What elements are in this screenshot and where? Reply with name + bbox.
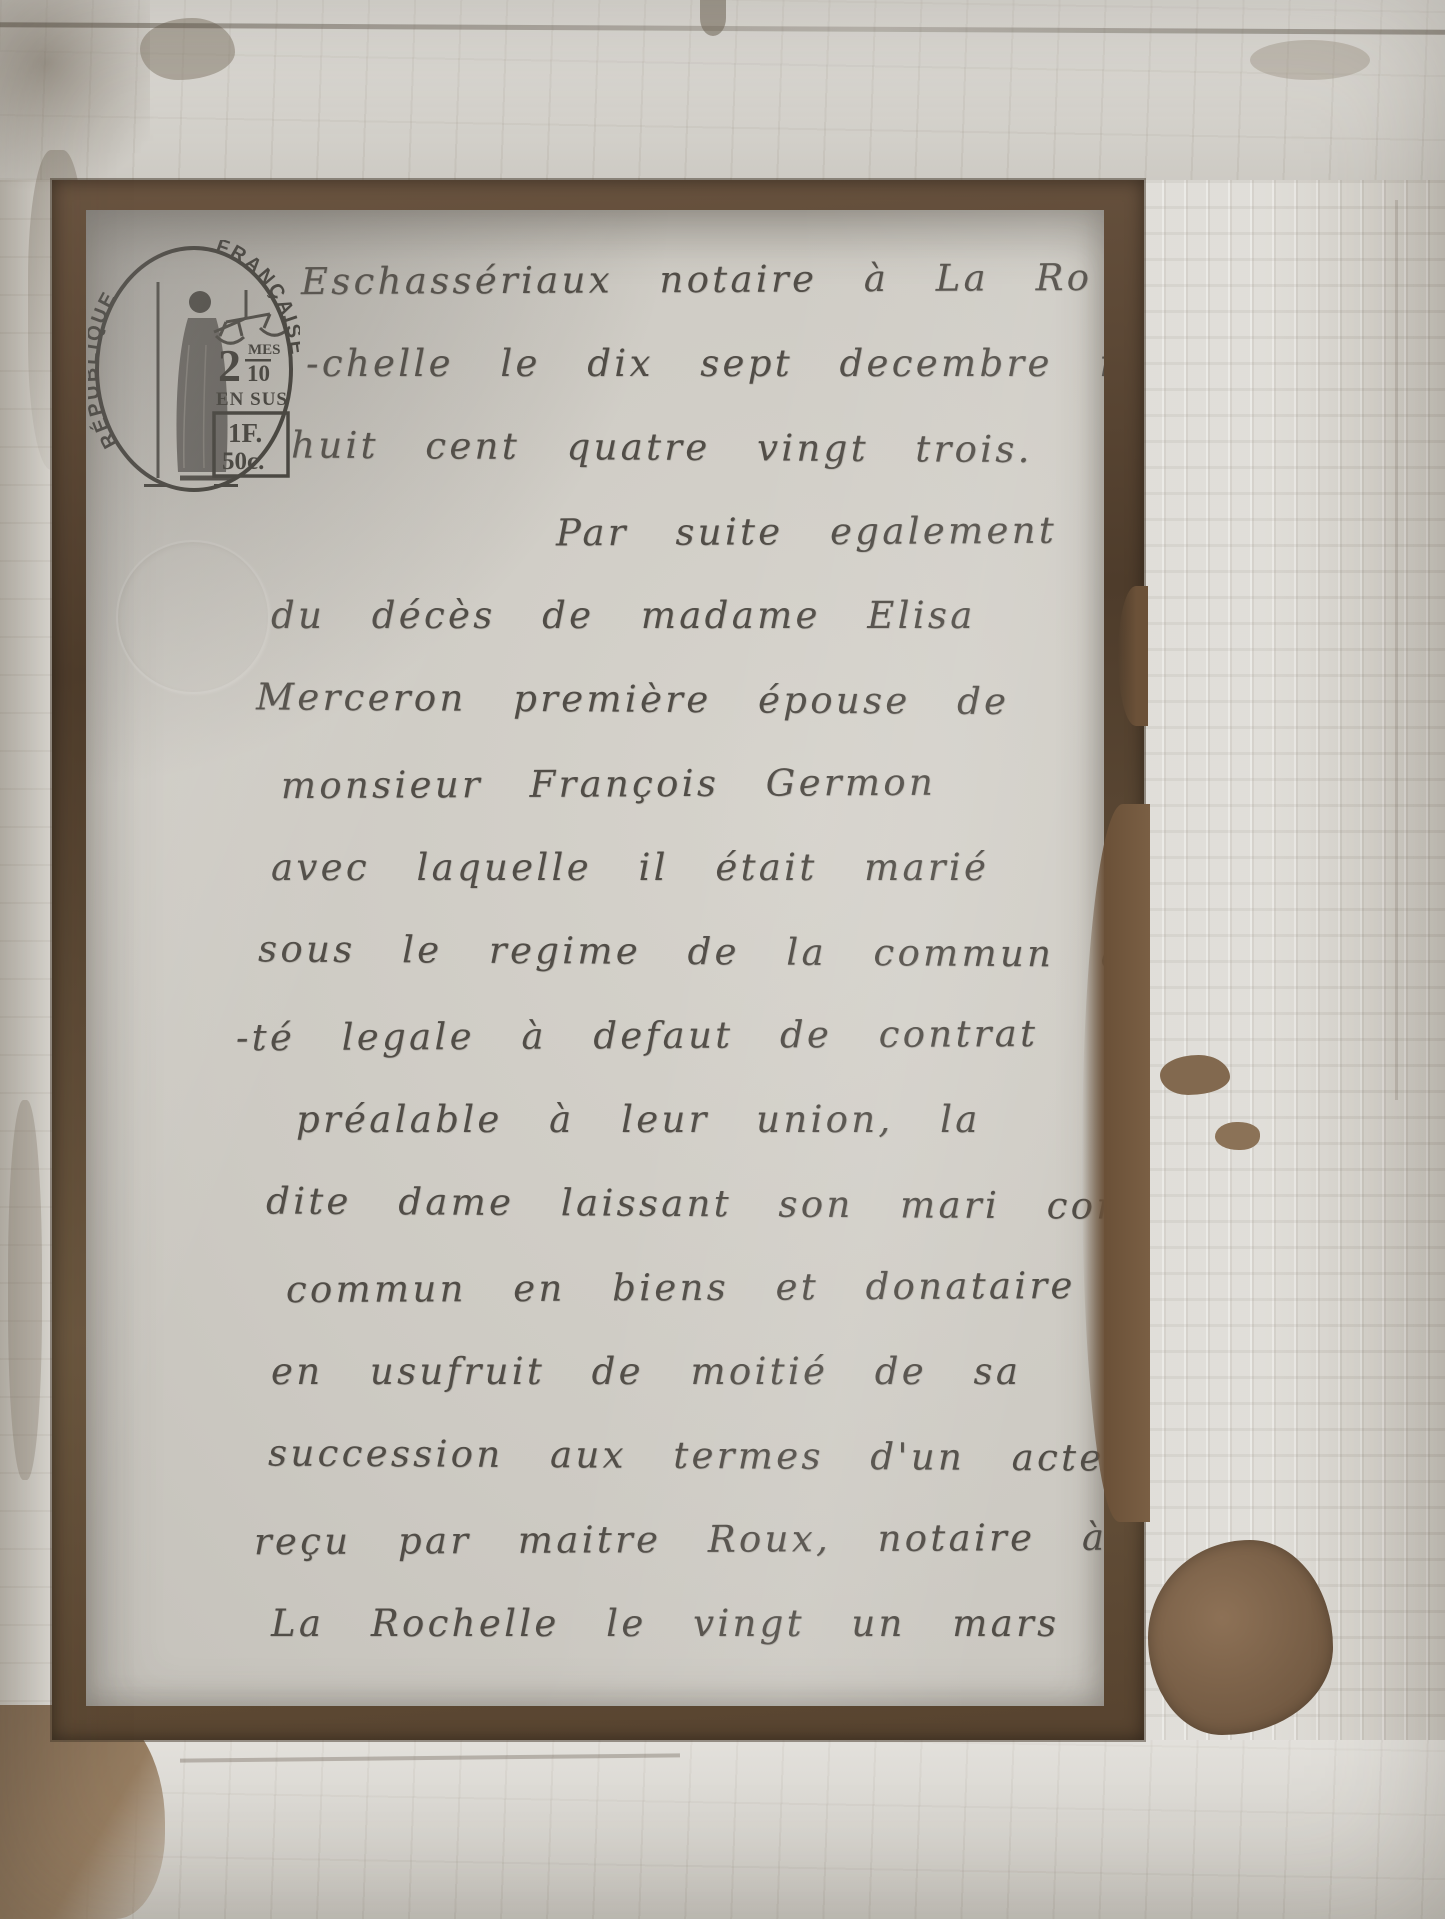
frame-left-band <box>0 180 52 1740</box>
manuscript-line: Par suite egalement <box>556 509 1104 596</box>
manuscript-line: sous le regime de la commun au <box>258 927 1104 1016</box>
manuscript-line: du décès de madame Elisa <box>271 594 1104 678</box>
frame-opening: RÉPUBLIQUE FRANÇAISE <box>52 180 1144 1740</box>
manuscript-line: Eschassériaux notaire à La Ro <box>301 256 1104 344</box>
manuscript-text: Eschassériaux notaire à La Ro -chelle le… <box>86 258 1104 1686</box>
manuscript-line: dite dame laissant son mari comme <box>266 1179 1104 1268</box>
manuscript-line: La Rochelle le vingt un mars mil <box>271 1602 1104 1686</box>
frame-bottom-band <box>0 1740 1445 1919</box>
manuscript-line: -té legale à defaut de contrat <box>236 1012 1104 1101</box>
manuscript-line: avec laquelle il était marié <box>271 846 1104 930</box>
rabbet-chip <box>1118 586 1148 726</box>
manuscript-line: préalable à leur union, la <box>296 1098 1104 1182</box>
manuscript-line: reçu par maitre Roux, notaire à <box>254 1516 1104 1604</box>
manuscript-line: huit cent quatre vingt trois. <box>291 424 1104 513</box>
manuscript-line: Merceron première épouse de <box>256 675 1104 764</box>
manuscript-line: -chelle le dix sept decembre mil <box>306 342 1104 426</box>
manuscript-line: commun en biens et donataire <box>286 1264 1104 1352</box>
manuscript-line: monsieur François Germon <box>281 760 1104 848</box>
framed-document-photo: RÉPUBLIQUE FRANÇAISE <box>0 0 1445 1919</box>
manuscript-line: en usufruit de moitié de sa <box>271 1350 1104 1434</box>
manuscript-line: succession aux termes d'un acte <box>268 1431 1104 1520</box>
document-paper: RÉPUBLIQUE FRANÇAISE <box>86 210 1104 1706</box>
frame-top-band <box>0 0 1445 180</box>
frame-right-band <box>1144 180 1445 1740</box>
